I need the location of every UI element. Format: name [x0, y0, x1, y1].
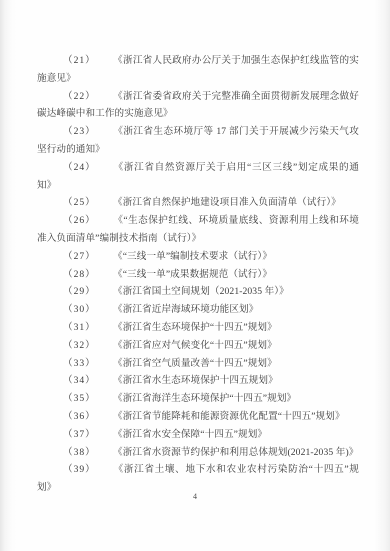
item-number: （33） [63, 355, 101, 373]
list-item: （23）《浙江省生态环境厅等 17 部门关于开展减少污染天气攻坚行动的通知》 [37, 123, 359, 159]
item-title: 《浙江省应对气候变化“十四五”规划》 [113, 340, 277, 351]
item-number: （31） [63, 319, 101, 337]
list-item: （36）《浙江省节能降耗和能源资源优化配置“十四五”规划》 [37, 408, 359, 426]
list-item: （38）《浙江省水资源节约保护和利用总体规划(2021-2035 年)》 [37, 444, 359, 462]
item-number: （36） [63, 408, 101, 426]
item-number: （34） [63, 372, 101, 390]
page-number: 4 [0, 492, 390, 501]
item-title: 《浙江省自然保护地建设项目准入负面清单（试行）》 [113, 197, 341, 208]
list-item: （32）《浙江省应对气候变化“十四五”规划》 [37, 337, 359, 355]
item-number: （23） [63, 123, 101, 141]
item-title: 《浙江省国土空间规划（2021-2035 年）》 [113, 286, 289, 297]
item-title: 《浙江省水生态环境保护十四五规划》 [113, 375, 278, 386]
list-item: （28）《“三线一单”成果数据规范（试行）》 [37, 266, 359, 284]
list-item: （31）《浙江省生态环境保护“十四五”规划》 [37, 319, 359, 337]
item-title: 《“三线一单”编制技术要求（试行）》 [113, 251, 272, 262]
list-item: （34）《浙江省水生态环境保护十四五规划》 [37, 372, 359, 390]
reference-list: （21）《浙江省人民政府办公厅关于加强生态保护红线监管的实施意见》 （22）《浙… [37, 52, 359, 497]
item-title: 《浙江省水资源节约保护和利用总体规划(2021-2035 年)》 [113, 447, 358, 458]
item-number: （35） [63, 390, 101, 408]
item-number: （39） [63, 461, 101, 479]
list-item: （27）《“三线一单”编制技术要求（试行）》 [37, 248, 359, 266]
list-item: （30）《浙江省近岸海域环境功能区划》 [37, 301, 359, 319]
item-number: （25） [63, 194, 101, 212]
list-item: （26）《“生态保护红线、环境质量底线、资源利用上线和环境准入负面清单”编制技术… [37, 212, 359, 248]
item-number: （27） [63, 248, 101, 266]
list-item: （22）《浙江省委省政府关于完整准确全面贯彻新发展理念做好碳达峰碳中和工作的实施… [37, 88, 359, 124]
item-number: （26） [63, 212, 101, 230]
item-title: 《浙江省水安全保障“十四五”规划》 [113, 429, 267, 440]
list-item: （21）《浙江省人民政府办公厅关于加强生态保护红线监管的实施意见》 [37, 52, 359, 88]
item-number: （21） [63, 52, 101, 70]
item-title: 《“三线一单”成果数据规范（试行）》 [113, 269, 272, 280]
list-item: （37）《浙江省水安全保障“十四五”规划》 [37, 426, 359, 444]
list-item: （35）《浙江省海洋生态环境保护“十四五”规划》 [37, 390, 359, 408]
list-item: （24）《浙江省自然资源厅关于启用“三区三线”划定成果的通知》 [37, 159, 359, 195]
item-title: 《浙江省近岸海域环境功能区划》 [113, 304, 258, 315]
item-number: （30） [63, 301, 101, 319]
item-number: （37） [63, 426, 101, 444]
item-number: （22） [63, 88, 101, 106]
item-number: （32） [63, 337, 101, 355]
item-number: （24） [63, 159, 101, 177]
document-page: （21）《浙江省人民政府办公厅关于加强生态保护红线监管的实施意见》 （22）《浙… [0, 0, 390, 551]
item-title: 《浙江省节能降耗和能源资源优化配置“十四五”规划》 [113, 411, 345, 422]
item-title: 《浙江省海洋生态环境保护“十四五”规划》 [113, 393, 296, 404]
item-number: （28） [63, 266, 101, 284]
item-title: 《浙江省生态环境保护“十四五”规划》 [113, 322, 277, 333]
item-title: 《浙江省空气质量改善“十四五”规划》 [113, 358, 277, 369]
list-item: （25）《浙江省自然保护地建设项目准入负面清单（试行）》 [37, 194, 359, 212]
list-item: （29）《浙江省国土空间规划（2021-2035 年）》 [37, 283, 359, 301]
item-number: （29） [63, 283, 101, 301]
list-item: （33）《浙江省空气质量改善“十四五”规划》 [37, 355, 359, 373]
item-number: （38） [63, 444, 101, 462]
